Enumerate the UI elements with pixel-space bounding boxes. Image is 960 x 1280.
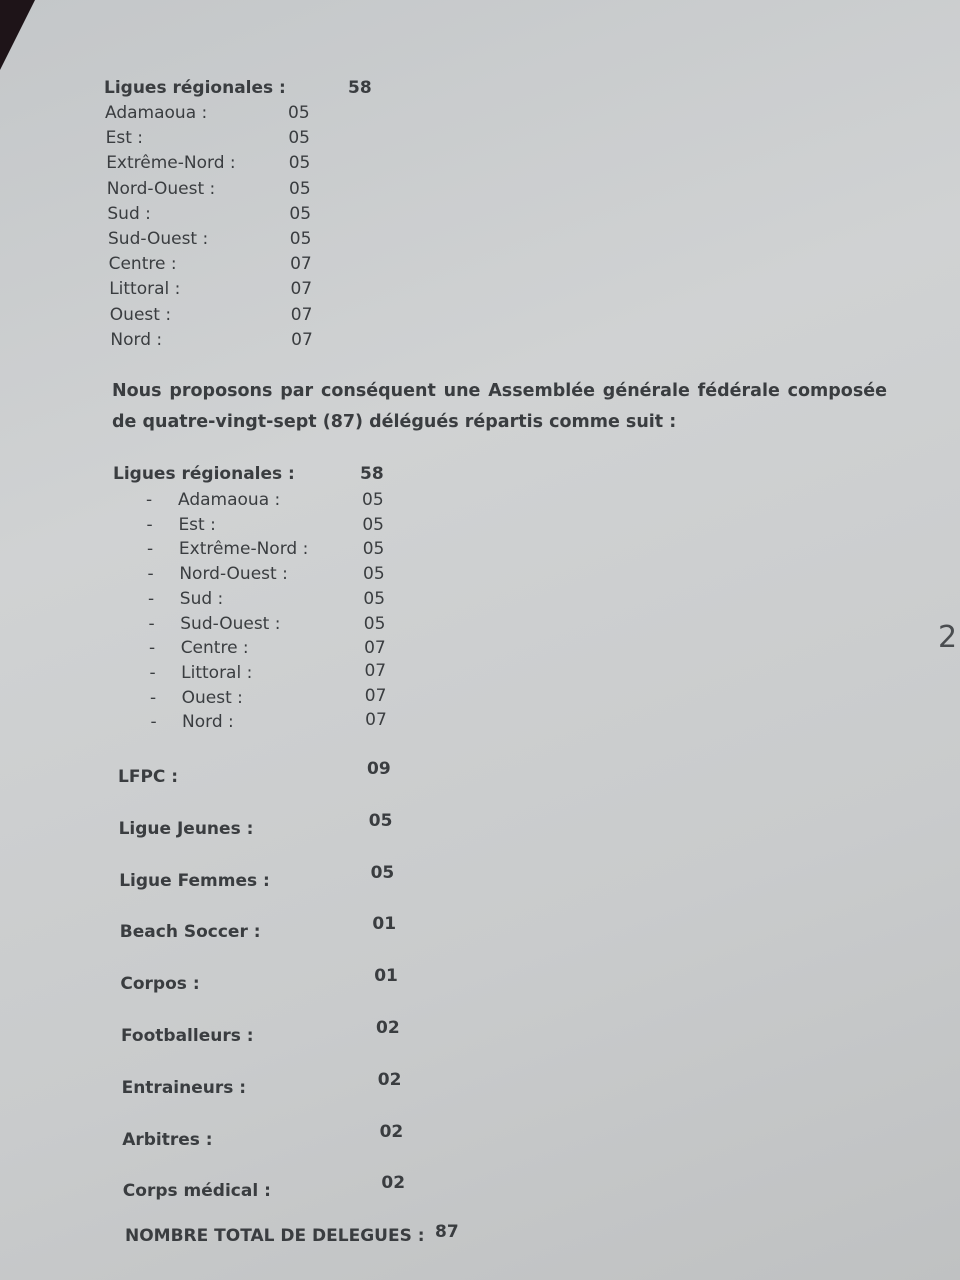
total-value: 87 — [435, 1222, 459, 1242]
region-label: Sud : — [107, 204, 151, 224]
region-label: Littoral : — [181, 663, 252, 683]
region-value: 05 — [364, 614, 386, 634]
region-value: 07 — [290, 254, 312, 274]
region-value: 05 — [289, 153, 311, 173]
bullet-dash: - — [150, 663, 156, 683]
region-label: Nord-Ouest : — [107, 179, 215, 199]
region-value: 05 — [362, 490, 384, 510]
region-label: Est : — [178, 515, 215, 535]
region-value: 05 — [288, 128, 310, 148]
region-value: 05 — [289, 179, 311, 199]
bullet-dash: - — [148, 589, 154, 609]
region-value: 07 — [365, 710, 387, 730]
region-label: Extrême-Nord : — [106, 153, 235, 173]
delegate-category-label: Entraineurs : — [122, 1078, 246, 1098]
delegate-category-label: Corpos : — [120, 974, 199, 994]
region-label: Ouest : — [182, 688, 243, 708]
region-label: Sud-Ouest : — [180, 614, 280, 634]
delegate-category-value: 05 — [369, 811, 393, 831]
delegate-category-label: Arbitres : — [122, 1130, 212, 1150]
bullet-dash: - — [147, 515, 153, 535]
region-value: 07 — [364, 638, 386, 658]
region-value: 07 — [291, 330, 313, 350]
delegate-category-label: Ligue Femmes : — [119, 871, 270, 891]
region-label: Nord : — [182, 712, 234, 732]
s2-header-value: 58 — [360, 464, 384, 484]
region-label: Ouest : — [110, 305, 171, 325]
region-value: 05 — [289, 204, 311, 224]
region-label: Nord : — [110, 330, 162, 350]
region-value: 05 — [363, 589, 385, 609]
total-label: NOMBRE TOTAL DE DELEGUES : — [125, 1226, 425, 1246]
region-value: 07 — [290, 279, 312, 299]
region-label: Adamaoua : — [178, 490, 280, 510]
bullet-dash: - — [149, 638, 155, 658]
s1-header-label: Ligues régionales : — [104, 78, 286, 98]
delegate-category-value: 02 — [378, 1070, 402, 1090]
bullet-dash: - — [148, 564, 154, 584]
region-label: Extrême-Nord : — [179, 539, 308, 559]
delegate-category-value: 01 — [374, 966, 398, 986]
bullet-dash: - — [150, 688, 156, 708]
delegate-category-label: Footballeurs : — [121, 1026, 254, 1046]
page-number: 2 — [938, 620, 957, 655]
region-label: Centre : — [109, 254, 177, 274]
bullet-dash: - — [147, 539, 153, 559]
proposal-paragraph: Nous proposons par conséquent une Assemb… — [112, 376, 887, 438]
bullet-dash: - — [151, 712, 157, 732]
region-label: Adamaoua : — [105, 103, 207, 123]
region-label: Littoral : — [109, 279, 180, 299]
region-value: 05 — [362, 515, 384, 535]
region-label: Sud : — [180, 589, 224, 609]
bullet-dash: - — [149, 614, 155, 634]
region-value: 07 — [291, 305, 313, 325]
delegate-category-value: 02 — [376, 1018, 400, 1038]
region-value: 07 — [364, 661, 386, 681]
region-value: 05 — [290, 229, 312, 249]
delegate-category-value: 02 — [381, 1173, 405, 1193]
delegate-category-label: Beach Soccer : — [120, 922, 261, 942]
delegate-category-label: Ligue Jeunes : — [119, 819, 254, 839]
delegate-category-value: 02 — [380, 1122, 404, 1142]
region-label: Nord-Ouest : — [179, 564, 287, 584]
delegate-category-value: 09 — [367, 759, 391, 779]
region-value: 07 — [365, 686, 387, 706]
bullet-dash: - — [146, 490, 152, 510]
region-value: 05 — [288, 103, 310, 123]
region-label: Est : — [106, 128, 143, 148]
delegate-category-label: Corps médical : — [123, 1181, 271, 1201]
document-page: Ligues régionales : 58 Adamaoua :05Est :… — [0, 0, 960, 1280]
region-label: Sud-Ouest : — [108, 229, 208, 249]
delegate-category-value: 05 — [371, 863, 395, 883]
delegate-category-label: LFPC : — [118, 767, 178, 787]
s1-header-value: 58 — [348, 78, 372, 98]
delegate-category-value: 01 — [372, 914, 396, 934]
region-value: 05 — [363, 539, 385, 559]
s2-header-label: Ligues régionales : — [113, 464, 295, 484]
region-label: Centre : — [181, 638, 249, 658]
region-value: 05 — [363, 564, 385, 584]
